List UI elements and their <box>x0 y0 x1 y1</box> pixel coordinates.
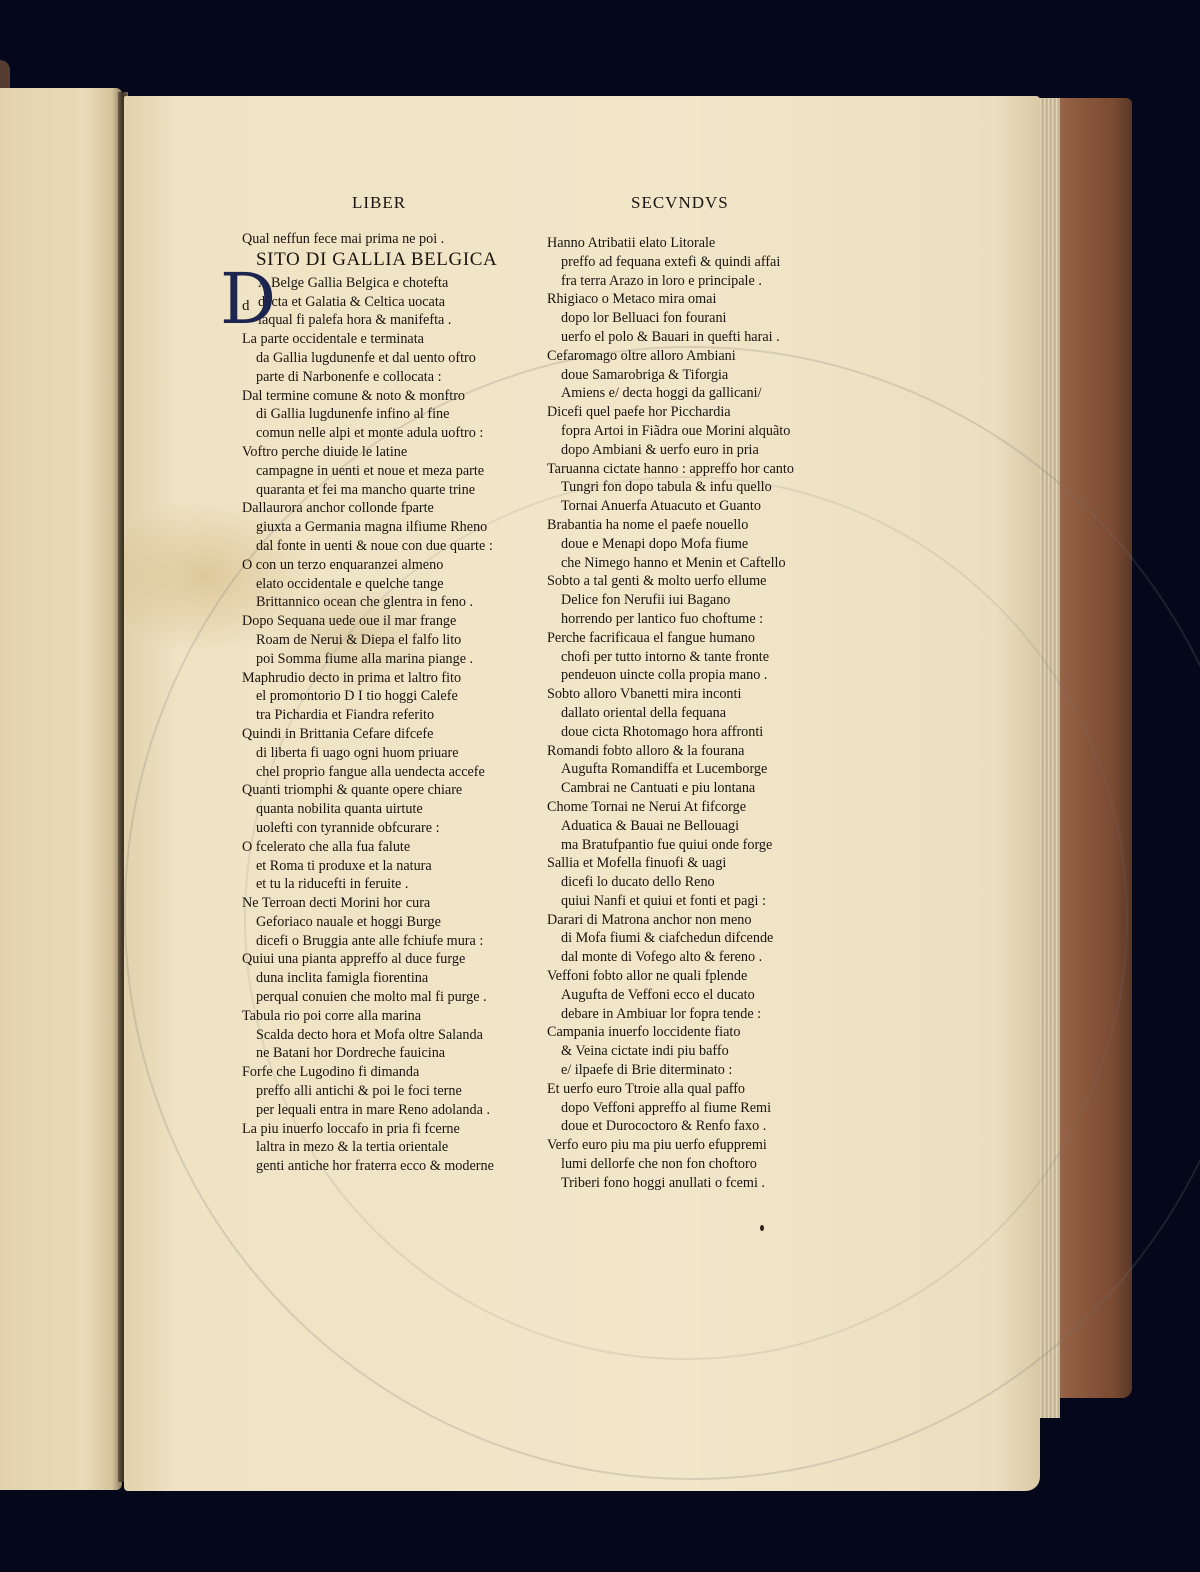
verse-line: Brabantia ha nome el paefe nouello <box>547 516 794 535</box>
verse-line: O con un terzo enquaranzei almeno <box>242 556 497 575</box>
verse-line: Voftro perche diuide le latine <box>242 443 497 462</box>
verse-line: Perche facrificaua el fangue humano <box>547 629 794 648</box>
verse-line: el promontorio D I tio hoggi Calefe <box>242 687 497 706</box>
verse-line: dopo Ambiani & uerfo euro in pria <box>547 441 794 460</box>
verse-line: debare in Ambiuar lor fopra tende : <box>547 1005 794 1024</box>
verse-line: et Roma ti produxe et la natura <box>242 857 497 876</box>
verse-line: Ne Terroan decti Morini hor cura <box>242 894 497 913</box>
verse-line: Dal termine comune & noto & monftro <box>242 387 497 406</box>
right-text-column: Hanno Atribatii elato Litoralepreffo ad … <box>547 234 794 1193</box>
verse-line: da Gallia lugdunenfe et dal uento oftro <box>242 349 497 368</box>
verse-line: quanta nobilita quanta uirtute <box>242 800 497 819</box>
running-header-left: LIBER <box>352 193 406 213</box>
verse-line: fopra Artoi in Fiãdra oue Morini alquãto <box>547 422 794 441</box>
verse-line: dopo lor Belluaci fon fourani <box>547 309 794 328</box>
verse-line: genti antiche hor fraterra ecco & modern… <box>242 1157 497 1176</box>
verse-line: doue et Durococtoro & Renfo faxo . <box>547 1117 794 1136</box>
verse-line: uerfo el polo & Bauari in quefti harai . <box>547 328 794 347</box>
verse-line: dal fonte in uenti & noue con due quarte… <box>242 537 497 556</box>
verse-line: Cefaromago oltre alloro Ambiani <box>547 347 794 366</box>
left-page <box>0 88 122 1490</box>
verse-line: chofi per tutto intorno & tante fronte <box>547 648 794 667</box>
verse-line: doue cicta Rhotomago hora affronti <box>547 723 794 742</box>
verse-line: Quiui una pianta appreffo al duce furge <box>242 950 497 969</box>
verse-line: che Nimego hanno et Menin et Caftello <box>547 554 794 573</box>
verse-line: Chome Tornai ne Nerui At fifcorge <box>547 798 794 817</box>
verse-line: lumi dellorfe che non fon choftoro <box>547 1155 794 1174</box>
verse-line: quaranta et fei ma mancho quarte trine <box>242 481 497 500</box>
verse-line: Augufta de Veffoni ecco el ducato <box>547 986 794 1005</box>
verse-line: doue Samarobriga & Tiforgia <box>547 366 794 385</box>
verse-line: horrendo per lantico fuo choftume : <box>547 610 794 629</box>
verse-line: per lequali entra in mare Reno adolanda … <box>242 1101 497 1120</box>
verse-line: La parte occidentale e terminata <box>242 330 497 349</box>
verse-line: Sobto alloro Vbanetti mira inconti <box>547 685 794 704</box>
verse-line: e/ ilpaefe di Brie diterminato : <box>547 1061 794 1080</box>
verse-line: chel proprio fangue alla uendecta accefe <box>242 763 497 782</box>
verse-line: fra terra Arazo in loro e principale . <box>547 272 794 291</box>
verse-line: duna inclita famigla fiorentina <box>242 969 497 988</box>
verse-line: Amiens e/ decta hoggi da gallicani/ <box>547 384 794 403</box>
section-title: SITO DI GALLIA BELGICA <box>242 249 497 271</box>
verse-line: dicefi o Bruggia ante alle fchiufe mura … <box>242 932 497 951</box>
verse-line: Roam de Nerui & Diepa el falfo lito <box>242 631 497 650</box>
verse-line: giuxta a Germania magna ilfiume Rheno <box>242 518 497 537</box>
verse-line: decta et Galatia & Celtica uocata <box>242 293 497 312</box>
verse-line: Tornai Anuerfa Atuacuto et Guanto <box>547 497 794 516</box>
verse-line: Geforiaco nauale et hoggi Burge <box>242 913 497 932</box>
verse-line: Quanti triomphi & quante opere chiare <box>242 781 497 800</box>
guide-letter: d <box>242 297 250 316</box>
verse-line: di Mofa fiumi & ciafchedun difcende <box>547 929 794 948</box>
verse-line: Dicefi quel paefe hor Picchardia <box>547 403 794 422</box>
verse-line: Triberi fono hoggi anullati o fcemi . <box>547 1174 794 1193</box>
verse-line: tra Pichardia et Fiandra referito <box>242 706 497 725</box>
verse-line: Brittannico ocean che glentra in feno . <box>242 593 497 612</box>
running-header-right: SECVNDVS <box>631 193 729 213</box>
verse-line: Aduatica & Bauai ne Bellouagi <box>547 817 794 836</box>
verse-line: quiui Nanfi et quiui et fonti et pagi : <box>547 892 794 911</box>
verse-line: dopo Veffoni appreffo al fiume Remi <box>547 1099 794 1118</box>
verse-line: Cambrai ne Cantuati e piu lontana <box>547 779 794 798</box>
verse-line: Augufta Romandiffa et Lucemborge <box>547 760 794 779</box>
verse-line: Rhigiaco o Metaco mira omai <box>547 290 794 309</box>
verse-line: Taruanna cictate hanno : appreffo hor ca… <box>547 460 794 479</box>
verse-line: Quindi in Brittania Cefare difcefe <box>242 725 497 744</box>
verse-line: laltra in mezo & la tertia orientale <box>242 1138 497 1157</box>
verse-line: laqual fi palefa hora & manifefta . <box>242 311 497 330</box>
verse-line: Verfo euro piu ma piu uerfo efuppremi <box>547 1136 794 1155</box>
verse-line: parte di Narbonenfe e collocata : <box>242 368 497 387</box>
verse-line: pendeuon uincte colla propia mano . <box>547 666 794 685</box>
verse-line: di Gallia lugdunenfe infino al fine <box>242 405 497 424</box>
verse-line: Delice fon Nerufii iui Bagano <box>547 591 794 610</box>
verse-line: Sobto a tal genti & molto uerfo ellume <box>547 572 794 591</box>
verse-line: Forfe che Lugodino fi dimanda <box>242 1063 497 1082</box>
verse-line: Campania inuerfo loccidente fiato <box>547 1023 794 1042</box>
left-text-column: Qual neffun fece mai prima ne poi .SITO … <box>242 230 497 1176</box>
verse-line: Sallia et Mofella finuofi & uagi <box>547 854 794 873</box>
verse-line: preffo alli antichi & poi le foci terne <box>242 1082 497 1101</box>
verse-line: et tu la riducefti in feruite . <box>242 875 497 894</box>
verse-line: Et uerfo euro Ttroie alla qual paffo <box>547 1080 794 1099</box>
verse-line: comun nelle alpi et monte adula uoftro : <box>242 424 497 443</box>
verse-line: preffo ad fequana extefi & quindi affai <box>547 253 794 272</box>
verse-line: Veffoni fobto allor ne quali fplende <box>547 967 794 986</box>
verse-line: Dopo Sequana uede oue il mar frange <box>242 612 497 631</box>
verse-line: & Veina cictate indi piu baffo <box>547 1042 794 1061</box>
verse-line: doue e Menapi dopo Mofa fiume <box>547 535 794 554</box>
verse-line: ma Bratufpantio fue quiui onde forge <box>547 836 794 855</box>
verse-line: Tungri fon dopo tabula & infu quello <box>547 478 794 497</box>
verse-line: ne Batani hor Dordreche fauicina <box>242 1044 497 1063</box>
verse-line: Maphrudio decto in prima et laltro fito <box>242 669 497 688</box>
verse-line: La piu inuerfo loccafo in pria fi fcerne <box>242 1120 497 1139</box>
verse-line: Hanno Atribatii elato Litorale <box>547 234 794 253</box>
verse-line: dallato oriental della fequana <box>547 704 794 723</box>
verse-line: elato occidentale e quelche tange <box>242 575 497 594</box>
verse-line: dicefi lo ducato dello Reno <box>547 873 794 892</box>
verse-line: O fcelerato che alla fua falute <box>242 838 497 857</box>
verse-line: Scalda decto hora et Mofa oltre Salanda <box>242 1026 497 1045</box>
verse-line: Qual neffun fece mai prima ne poi . <box>242 230 497 249</box>
verse-line: di liberta fi uago ogni huom priuare <box>242 744 497 763</box>
drop-cap-block: Dd <box>242 271 497 274</box>
verse-line: dal monte di Vofego alto & fereno . <box>547 948 794 967</box>
verse-line: uolefti con tyrannide obfcurare : <box>242 819 497 838</box>
verse-line: perqual conuien che molto mal fi purge . <box>242 988 497 1007</box>
verse-line: campagne in uenti et noue et meza parte <box>242 462 497 481</box>
ink-speck <box>760 1225 764 1231</box>
verse-line: Tabula rio poi corre alla marina <box>242 1007 497 1026</box>
verse-line: Dallaurora anchor collonde fparte <box>242 499 497 518</box>
verse-line: Darari di Matrona anchor non meno <box>547 911 794 930</box>
verse-line: poi Somma fiume alla marina piange . <box>242 650 497 669</box>
verse-line: A Belge Gallia Belgica e chotefta <box>242 274 497 293</box>
verse-line: Romandi fobto alloro & la fourana <box>547 742 794 761</box>
